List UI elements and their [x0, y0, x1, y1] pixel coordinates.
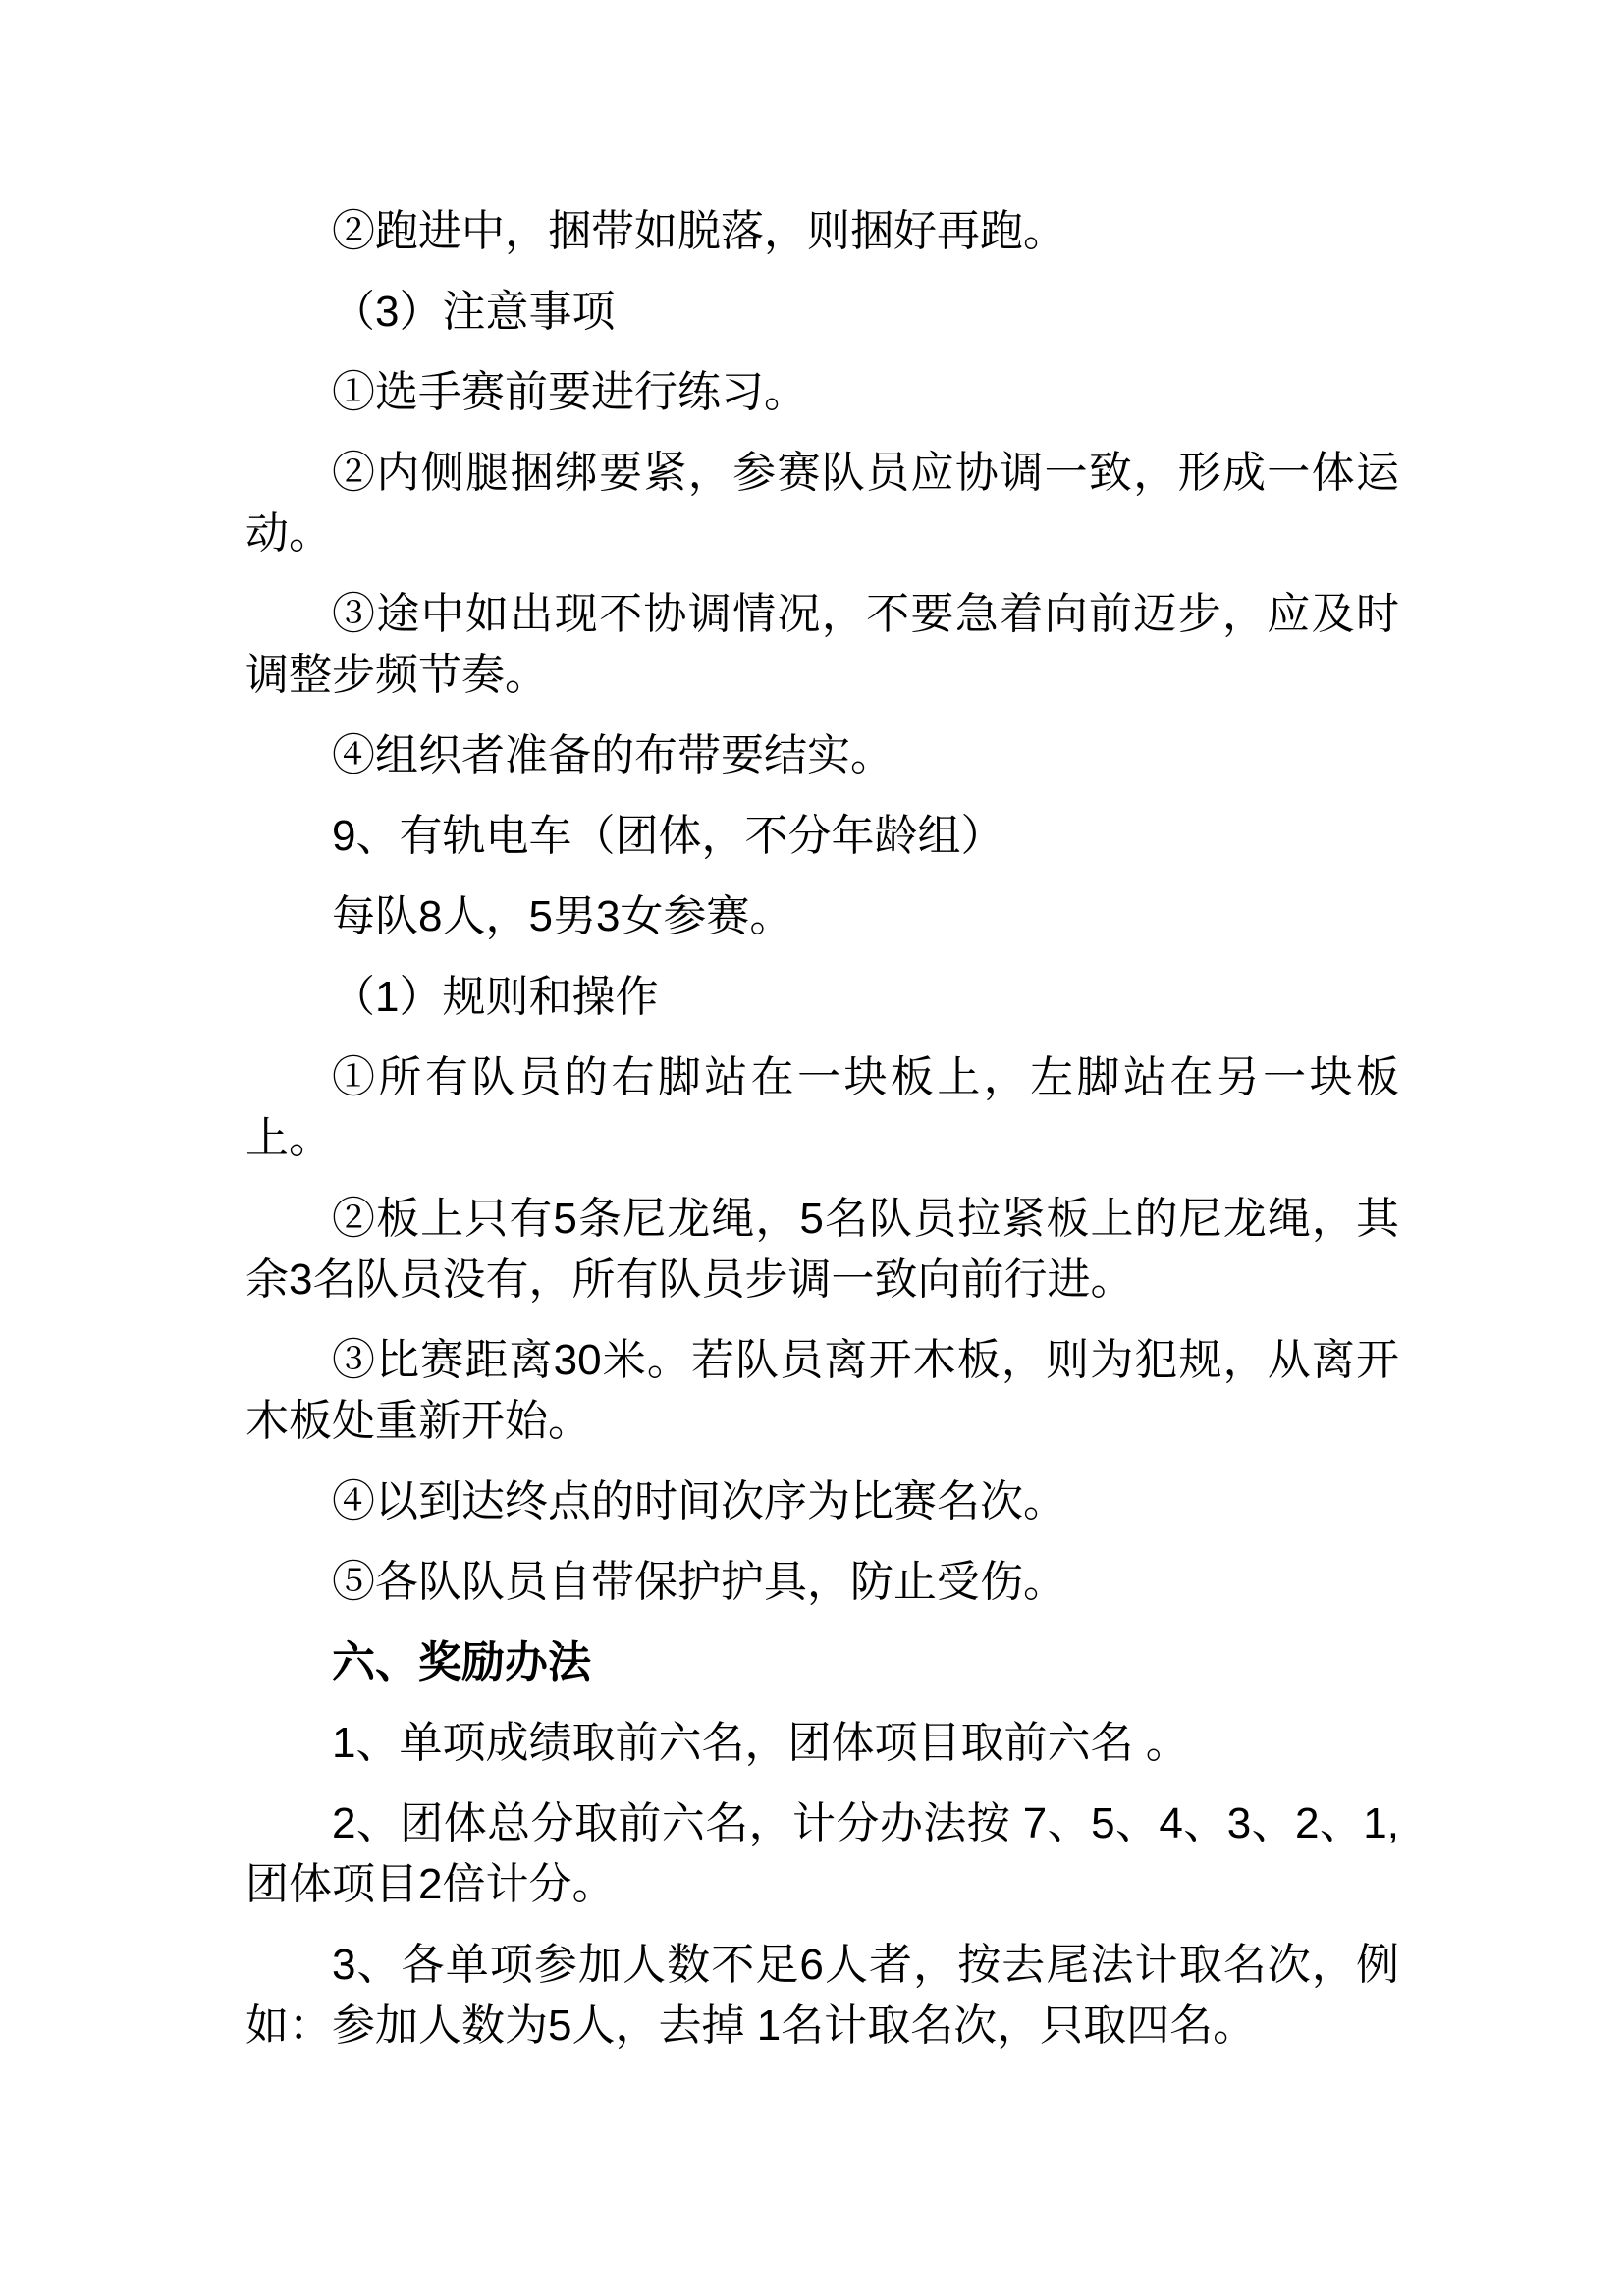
body-paragraph: 3、各单项参加人数不足6人者，按去尾法计取名次，例如：参加人数为5人，去掉 1名…	[245, 1935, 1399, 2056]
body-paragraph: ④组织者准备的布带要结实。	[245, 725, 1399, 786]
document-page: ②跑进中，捆带如脱落，则捆好再跑。（3）注意事项①选手赛前要进行练习。②内侧腿捆…	[0, 0, 1624, 2296]
body-paragraph: ③比赛距离30米。若队员离开木板，则为犯规，从离开木板处重新开始。	[245, 1330, 1399, 1452]
body-paragraph: ②内侧腿捆绑要紧，参赛队员应协调一致，形成一体运动。	[245, 443, 1399, 564]
body-paragraph: （1）规则和操作	[245, 967, 1399, 1028]
section-heading: 六、奖励办法	[245, 1632, 1399, 1693]
body-paragraph: ③途中如出现不协调情况，不要急着向前迈步，应及时调整步频节奏。	[245, 584, 1399, 706]
body-paragraph: 9、有轨电车（团体，不分年龄组）	[245, 806, 1399, 867]
body-paragraph: ②板上只有5条尼龙绳，5名队员拉紧板上的尼龙绳，其余3名队员没有，所有队员步调一…	[245, 1189, 1399, 1310]
body-paragraph: 1、单项成绩取前六名，团体项目取前六名 。	[245, 1713, 1399, 1774]
body-paragraph: （3）注意事项	[245, 282, 1399, 343]
body-paragraph: ⑤各队队员自带保护护具，防止受伤。	[245, 1552, 1399, 1613]
document-body: ②跑进中，捆带如脱落，则捆好再跑。（3）注意事项①选手赛前要进行练习。②内侧腿捆…	[245, 201, 1399, 2056]
body-paragraph: ④以到达终点的时间次序为比赛名次。	[245, 1471, 1399, 1532]
body-paragraph: ②跑进中，捆带如脱落，则捆好再跑。	[245, 201, 1399, 262]
body-paragraph: ①选手赛前要进行练习。	[245, 362, 1399, 423]
body-paragraph: ①所有队员的右脚站在一块板上，左脚站在另一块板上。	[245, 1047, 1399, 1169]
body-paragraph: 每队8人，5男3女参赛。	[245, 886, 1399, 947]
body-paragraph: 2、团体总分取前六名，计分办法按 7、5、4、3、2、1,团体项目2倍计分。	[245, 1793, 1399, 1915]
